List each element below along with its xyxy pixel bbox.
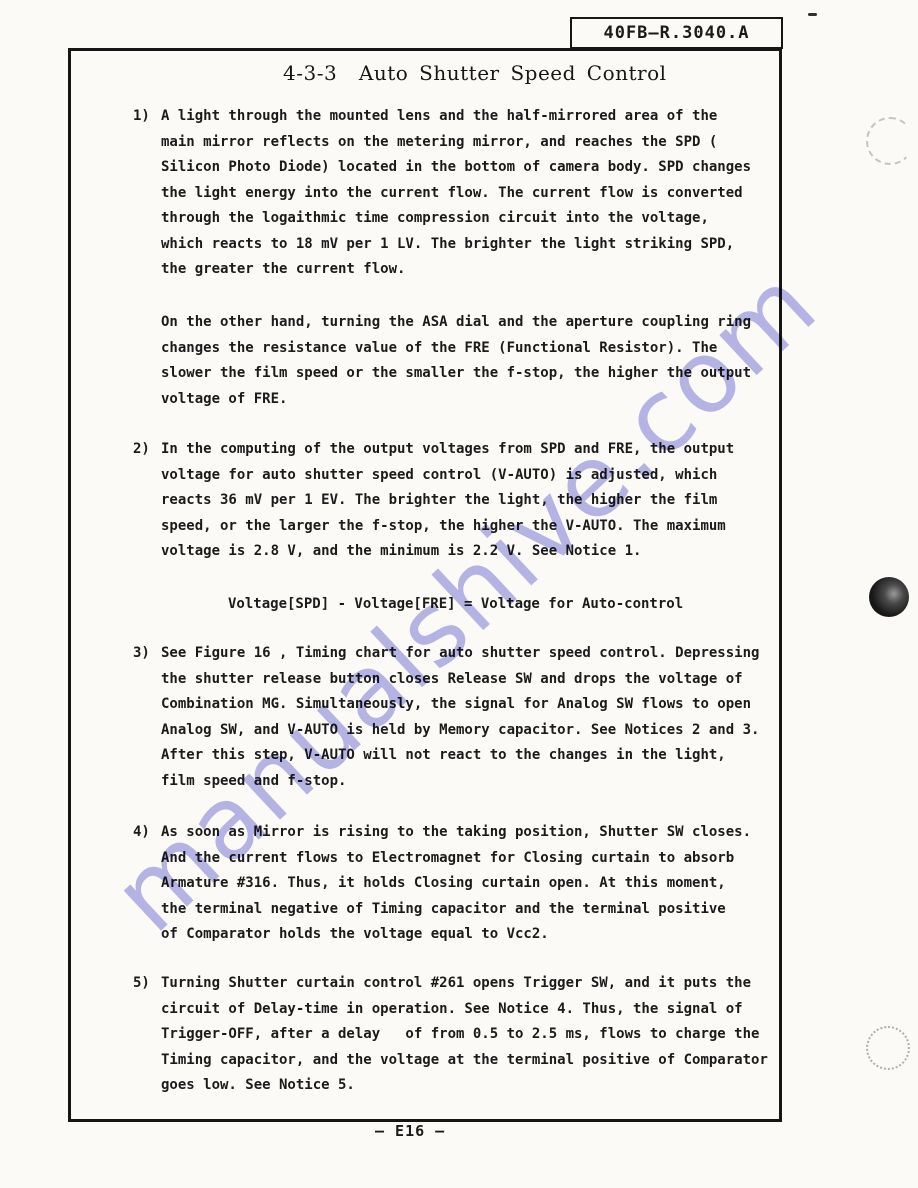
list-item-3: 3) See Figure 16 , Timing chart for auto…: [133, 641, 759, 794]
item-text: A light through the mounted lens and the…: [161, 104, 751, 283]
scan-speck: [808, 13, 817, 16]
item-text: Turning Shutter curtain control #261 ope…: [161, 971, 768, 1099]
item-number: 1): [133, 104, 161, 130]
punch-hole-middle-artifact: [869, 577, 909, 617]
list-item-5: 5) Turning Shutter curtain control #261 …: [133, 971, 768, 1099]
page-title: 4-3-3 Auto Shutter Speed Control: [283, 61, 667, 85]
voltage-equation: Voltage[SPD] - Voltage[FRE] = Voltage fo…: [228, 592, 683, 618]
item-number: 4): [133, 820, 161, 846]
list-item-2: 2) In the computing of the output voltag…: [133, 437, 734, 565]
page-number: — E16 —: [375, 1122, 445, 1140]
list-item-4: 4) As soon as Mirror is rising to the ta…: [133, 820, 751, 948]
punch-hole-bottom-artifact: [866, 1026, 910, 1070]
item-number: 5): [133, 971, 161, 997]
item-text: See Figure 16 , Timing chart for auto sh…: [161, 641, 759, 794]
item-text: As soon as Mirror is rising to the takin…: [161, 820, 751, 948]
item-number: 3): [133, 641, 161, 667]
punch-hole-top-artifact: [866, 117, 914, 165]
document-code-box: 40FB—R.3040.A: [570, 17, 783, 49]
list-item-1: 1) A light through the mounted lens and …: [133, 104, 751, 283]
item-text: In the computing of the output voltages …: [161, 437, 734, 565]
list-item-1-continued: On the other hand, turning the ASA dial …: [161, 310, 751, 412]
document-code: 40FB—R.3040.A: [603, 23, 749, 43]
item-number: 2): [133, 437, 161, 463]
